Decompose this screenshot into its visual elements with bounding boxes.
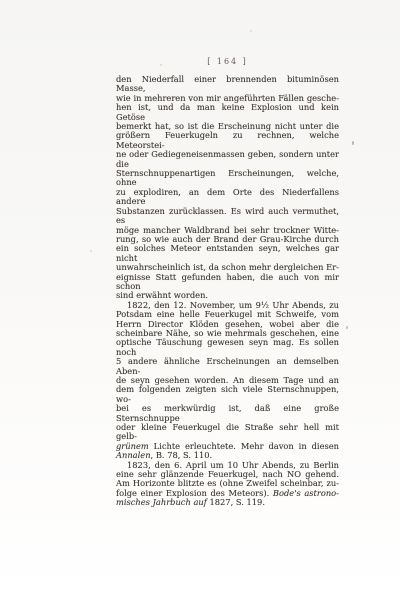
text-segment: hen ist, und da man keine Explosion und … bbox=[116, 102, 339, 121]
text-segment: eignisse Statt gefunden haben, die auch … bbox=[116, 272, 339, 291]
text-segment: 5 andere ähnliche Erscheinungen an demse… bbox=[116, 356, 339, 375]
text-segment: größern Feuerkugeln zu rechnen, welche M… bbox=[116, 130, 339, 149]
scan-artifact bbox=[90, 250, 92, 252]
text-line: ne oder Gediegeneisenmassen geben, sonde… bbox=[116, 150, 339, 169]
scan-artifact bbox=[346, 326, 348, 329]
text-segment: Sternschnuppenartigen Erscheinungen, wel… bbox=[116, 168, 339, 187]
text-segment: Substanzen zurücklassen. Es wird auch ve… bbox=[116, 206, 339, 225]
text-line: ein solches Meteor entstanden seyn, welc… bbox=[116, 244, 339, 263]
text-segment: ne oder Gediegeneisenmassen geben, sonde… bbox=[116, 149, 339, 168]
text-line: Sternschnuppenartigen Erscheinungen, wel… bbox=[116, 169, 339, 188]
page-number-header: [ 164 ] bbox=[116, 57, 339, 66]
italic-text-segment: misches Jahrbuch auf bbox=[116, 497, 207, 507]
scan-artifact bbox=[352, 141, 354, 145]
text-segment: ein solches Meteor entstanden seyn, welc… bbox=[116, 243, 339, 262]
text-line: 5 andere ähnliche Erscheinungen an demse… bbox=[116, 357, 339, 376]
text-segment: bei es merkwürdig ist, daß eine große St… bbox=[116, 403, 339, 422]
text-line: zu explodiren, an dem Orte des Niederfal… bbox=[116, 188, 339, 207]
text-segment: dem folgenden zeigten sich viele Sternsc… bbox=[116, 384, 339, 403]
italic-text-segment: Bode's astrono- bbox=[273, 488, 339, 498]
text-line: eignisse Statt gefunden haben, die auch … bbox=[116, 273, 339, 292]
text-segment: zu explodiren, an dem Orte des Niederfal… bbox=[116, 187, 339, 206]
text-line: hen ist, und da man keine Explosion und … bbox=[116, 103, 339, 122]
text-line: den Niederfall einer brennenden bituminö… bbox=[116, 75, 339, 94]
scan-artifact bbox=[250, 30, 252, 32]
text-segment: den Niederfall einer brennenden bituminö… bbox=[116, 74, 339, 93]
page-text: den Niederfall einer brennenden bituminö… bbox=[116, 75, 339, 508]
text-line: dem folgenden zeigten sich viele Sternsc… bbox=[116, 385, 339, 404]
text-line: Substanzen zurücklassen. Es wird auch ve… bbox=[116, 207, 339, 226]
text-segment: optische Täuschung gewesen seyn mag. Es … bbox=[116, 337, 339, 356]
text-line: optische Täuschung gewesen seyn mag. Es … bbox=[116, 338, 339, 357]
text-line: misches Jahrbuch auf 1827, S. 119. bbox=[116, 498, 339, 507]
text-segment: oder kleine Feuerkugel die Straße sehr h… bbox=[116, 422, 339, 441]
text-line: größern Feuerkugeln zu rechnen, welche M… bbox=[116, 131, 339, 150]
scan-artifact bbox=[160, 64, 162, 66]
text-segment: 1827, S. 119. bbox=[207, 497, 265, 507]
text-line: oder kleine Feuerkugel die Straße sehr h… bbox=[116, 423, 339, 442]
scanned-book-page: [ 164 ] den Niederfall einer brennenden … bbox=[0, 0, 400, 599]
text-line: bei es merkwürdig ist, daß eine große St… bbox=[116, 404, 339, 423]
